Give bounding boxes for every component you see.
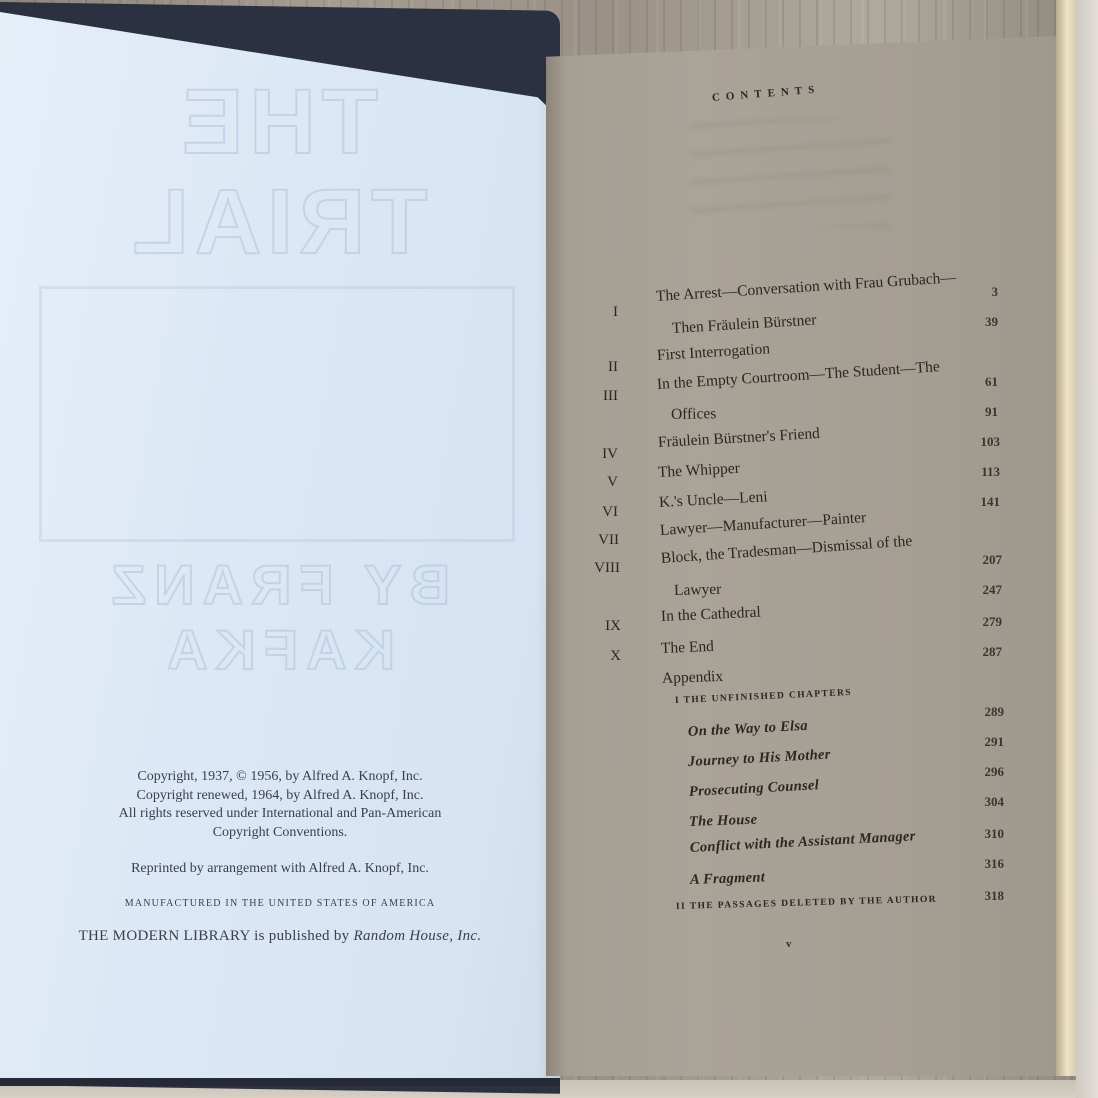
page-number: 247 — [962, 582, 1002, 598]
page-number: 207 — [962, 552, 1002, 568]
fragment-title: Journey to His Mother — [688, 747, 832, 771]
toc-entry: I THE UNFINISHED CHAPTERS 289 — [0, 692, 1098, 716]
contents-heading: Contents — [712, 84, 821, 104]
toc-entry: X The End 287 — [0, 638, 1098, 662]
page-number: 279 — [962, 614, 1002, 630]
page-number: 287 — [962, 644, 1002, 660]
chapter-number: III — [568, 388, 618, 405]
chapter-title: Offices — [671, 405, 717, 424]
chapter-number: VI — [568, 504, 618, 521]
page-number: 61 — [958, 374, 998, 390]
toc-entry: II THE PASSAGES DELETED BY THE AUTHOR — [0, 898, 1098, 922]
chapter-title: First Interrogation — [656, 340, 770, 365]
toc-entry: VII Lawyer—Manufacturer—Painter — [0, 520, 1098, 544]
chapter-title: Fräulein Bürstner's Friend — [657, 425, 820, 452]
chapter-number: X — [571, 648, 621, 665]
toc-entry: Then Fräulein Bürstner 39 — [0, 312, 1098, 336]
appendix-section-heading: II THE PASSAGES DELETED BY THE AUTHOR — [676, 895, 937, 912]
chapter-number: IX — [571, 618, 621, 635]
page-number: 91 — [958, 404, 998, 420]
toc-entry: VI K.'s Uncle—Leni 141 — [0, 494, 1098, 518]
toc-entry: Offices 91 — [0, 404, 1098, 428]
toc-entry: VIII Block, the Tradesman—Dismissal of t… — [0, 548, 1098, 572]
page-number: 289 — [964, 704, 1004, 720]
page-number: 141 — [960, 494, 1000, 510]
fragment-title: The House — [689, 812, 758, 831]
chapter-number: V — [568, 474, 618, 491]
fragment-title: On the Way to Elsa — [688, 718, 809, 741]
toc-entry: A Fragment 318 — [0, 872, 1098, 896]
chapter-title: The End — [661, 638, 715, 658]
toc-entry: Prosecuting Counsel 304 — [0, 782, 1098, 806]
toc-entry: IX In the Cathedral 279 — [0, 606, 1098, 630]
appendix-heading: Appendix — [662, 668, 724, 688]
chapter-title: The Arrest—Conversation with Frau Grubac… — [655, 269, 956, 306]
toc-entry: Lawyer 247 — [0, 580, 1098, 604]
chapter-title: In the Cathedral — [661, 604, 762, 626]
chapter-number: VII — [569, 532, 619, 549]
toc-entry: IV Fräulein Bürstner's Friend 103 — [0, 434, 1098, 458]
toc-entry: V The Whipper 113 — [0, 464, 1098, 488]
chapter-number: VIII — [570, 560, 620, 577]
page-number: 103 — [960, 434, 1000, 450]
page-number: 316 — [964, 856, 1004, 872]
page-number: 291 — [964, 734, 1004, 750]
page-number: 296 — [964, 764, 1004, 780]
table-of-contents: Contents I The Arrest—Conversation with … — [0, 0, 1098, 1098]
toc-entry: On the Way to Elsa 291 — [0, 722, 1098, 746]
page-number: 304 — [964, 794, 1004, 810]
toc-entry: The House 310 — [0, 814, 1098, 838]
chapter-title: K.'s Uncle—Leni — [659, 488, 768, 512]
folio-page-number: v — [786, 938, 792, 950]
toc-entry: III In the Empty Courtroom—The Student—T… — [0, 374, 1098, 398]
page-number: 113 — [960, 464, 1000, 480]
page-number: 3 — [958, 284, 998, 300]
toc-entry: I The Arrest—Conversation with Frau Grub… — [0, 282, 1098, 306]
toc-entry: Conflict with the Assistant Manager 316 — [0, 836, 1098, 860]
toc-entry: Appendix — [0, 668, 1098, 692]
toc-entry: Journey to His Mother 296 — [0, 752, 1098, 776]
page-number: 39 — [958, 314, 998, 330]
fragment-title: A Fragment — [690, 869, 766, 889]
chapter-title: The Whipper — [658, 460, 741, 482]
chapter-number: IV — [568, 446, 618, 463]
fragment-title: Prosecuting Counsel — [689, 777, 820, 801]
chapter-title: Then Fräulein Bürstner — [671, 311, 816, 338]
chapter-title: Lawyer — [674, 581, 722, 600]
